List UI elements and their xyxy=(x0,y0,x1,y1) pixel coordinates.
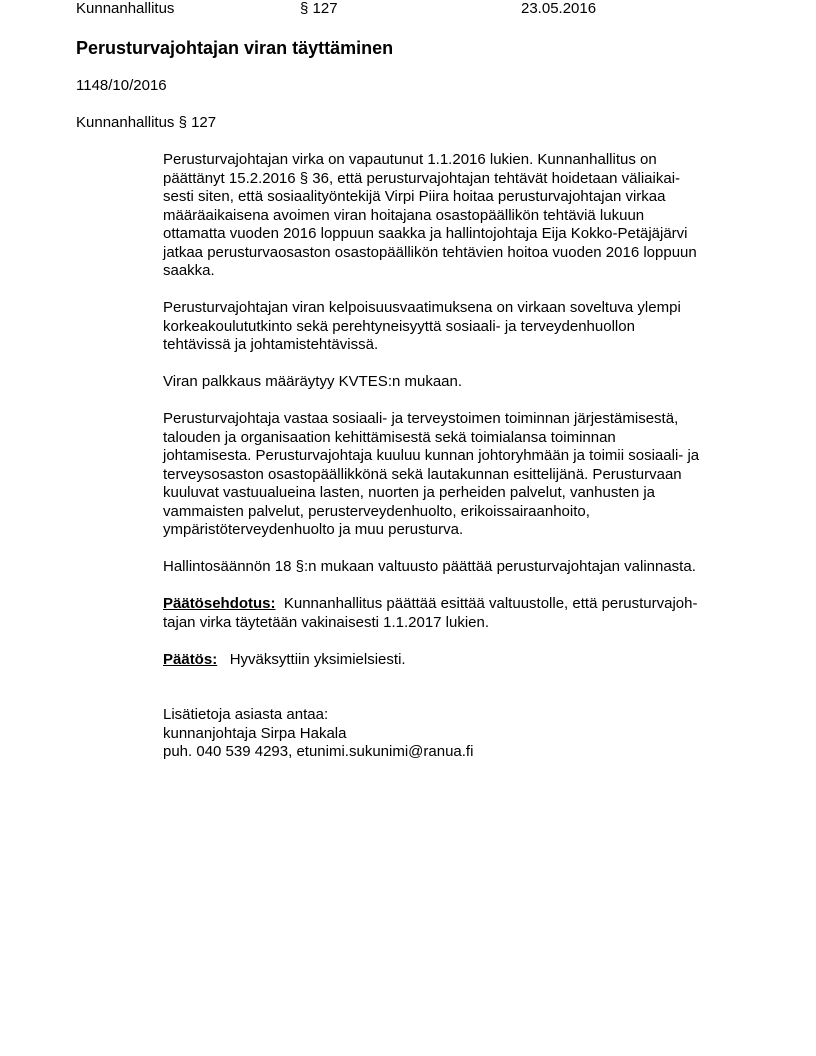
contact-line-1: Lisätietoja asiasta antaa: xyxy=(163,706,743,725)
paragraph-line: Perusturvajohtajan viran kelpoisuusvaati… xyxy=(163,299,743,318)
body-paragraph: Perusturvajohtajan virka on vapautunut 1… xyxy=(163,151,743,281)
paragraph-line: johtamisesta. Perusturvajohtaja kuuluu k… xyxy=(163,447,743,466)
paragraph-line: saakka. xyxy=(163,262,743,281)
paragraph-line: tehtävissä ja johtamistehtävissä. xyxy=(163,336,743,355)
diary-number: 1148/10/2016 xyxy=(76,77,167,95)
header-section: § 127 xyxy=(300,0,338,18)
paragraph-line: päättänyt 15.2.2016 § 36, että perusturv… xyxy=(163,170,743,189)
proposal-paragraph: Päätösehdotus: Kunnanhallitus päättää es… xyxy=(163,595,743,632)
decision-text: Hyväksyttiin yksimielsiesti. xyxy=(230,651,406,668)
page-title: Perusturvajohtajan viran täyttäminen xyxy=(76,37,393,59)
paragraph-line: korkeakoulututkinto sekä perehtyneisyytt… xyxy=(163,318,743,337)
proposal-label: Päätösehdotus: xyxy=(163,595,276,612)
document-body: Perusturvajohtajan virka on vapautunut 1… xyxy=(163,151,743,780)
contact-info: Lisätietoja asiasta antaa: kunnanjohtaja… xyxy=(163,706,743,762)
paragraph-line: kuuluvat vastuualueina lasten, nuorten j… xyxy=(163,484,743,503)
body-paragraph: Perusturvajohtajan viran kelpoisuusvaati… xyxy=(163,299,743,355)
proposal-line-1: Päätösehdotus: Kunnanhallitus päättää es… xyxy=(163,595,743,614)
paragraphs: Perusturvajohtajan virka on vapautunut 1… xyxy=(163,151,743,577)
decision-line: Päätös: Hyväksyttiin yksimielsiesti. xyxy=(163,651,743,670)
paragraph-line: Viran palkkaus määräytyy KVTES:n mukaan. xyxy=(163,373,743,392)
contact-line-2: kunnanjohtaja Sirpa Hakala xyxy=(163,725,743,744)
paragraph-line: Perusturvajohtajan virka on vapautunut 1… xyxy=(163,151,743,170)
meeting-reference: Kunnanhallitus § 127 xyxy=(76,114,216,132)
paragraph-line: määräaikaisena avoimen viran hoitajana o… xyxy=(163,207,743,226)
body-paragraph: Hallintosäännön 18 §:n mukaan valtuusto … xyxy=(163,558,743,577)
proposal-text-1: Kunnanhallitus päättää esittää valtuusto… xyxy=(284,595,698,612)
paragraph-line: terveysosaston osastopäällikkönä sekä la… xyxy=(163,466,743,485)
paragraph-line: jatkaa perusturvaosaston osastopäällikön… xyxy=(163,244,743,263)
paragraph-line: ottamatta vuoden 2016 loppuun saakka ja … xyxy=(163,225,743,244)
header-date: 23.05.2016 xyxy=(521,0,596,18)
paragraph-line: vammaisten palvelut, perusterveydenhuolt… xyxy=(163,503,743,522)
paragraph-line: sesti siten, että sosiaalityöntekijä Vir… xyxy=(163,188,743,207)
paragraph-line: Perusturvajohtaja vastaa sosiaali- ja te… xyxy=(163,410,743,429)
contact-line-3: puh. 040 539 4293, etunimi.sukunimi@ranu… xyxy=(163,743,743,762)
header-organ: Kunnanhallitus xyxy=(76,0,174,18)
paragraph-line: talouden ja organisaation kehittämisestä… xyxy=(163,429,743,448)
paragraph-line: Hallintosäännön 18 §:n mukaan valtuusto … xyxy=(163,558,743,577)
proposal-text-2: tajan virka täytetään vakinaisesti 1.1.2… xyxy=(163,614,743,633)
decision-paragraph: Päätös: Hyväksyttiin yksimielsiesti. xyxy=(163,651,743,670)
decision-label: Päätös: xyxy=(163,651,217,668)
body-paragraph: Viran palkkaus määräytyy KVTES:n mukaan. xyxy=(163,373,743,392)
body-paragraph: Perusturvajohtaja vastaa sosiaali- ja te… xyxy=(163,410,743,540)
paragraph-line: ympäristöterveydenhuolto ja muu perustur… xyxy=(163,521,743,540)
